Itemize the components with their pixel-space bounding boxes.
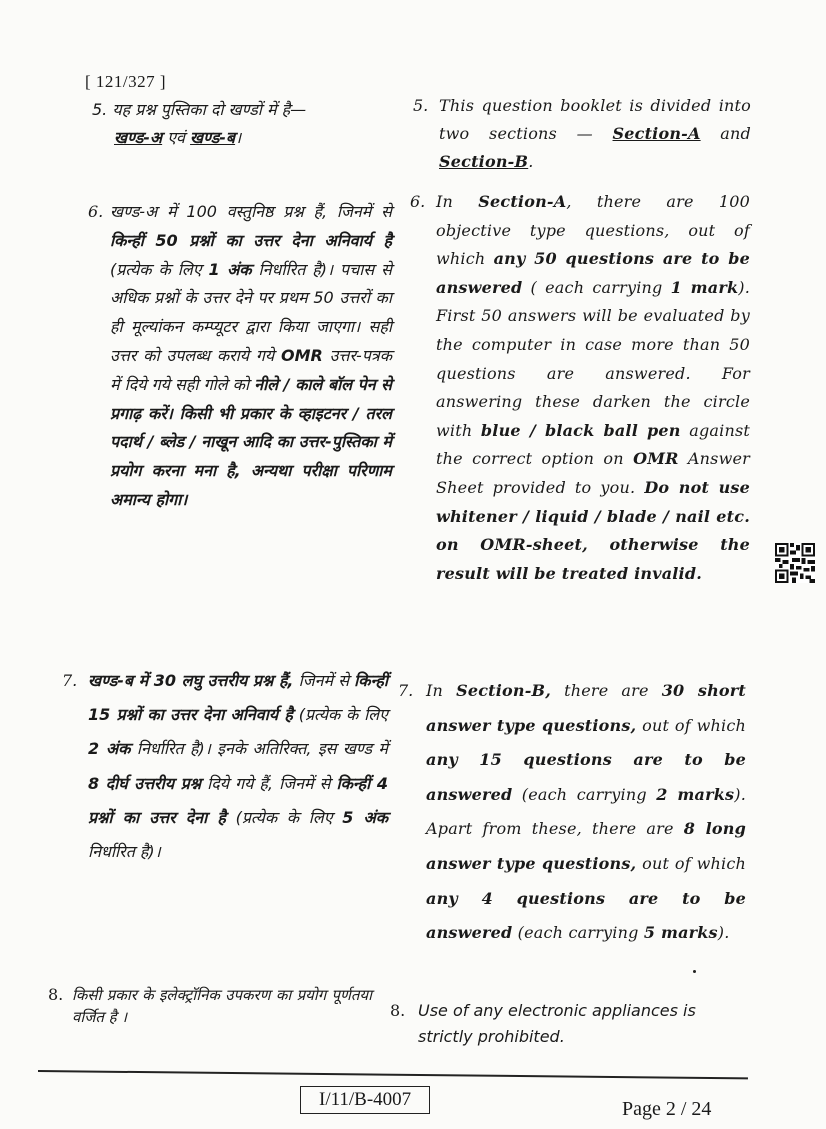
booklet-code: I/11/B-4007 — [300, 1086, 430, 1114]
instruction-5-english: 5. This question booklet is divided into… — [413, 92, 753, 176]
page-number: Page 2 / 24 — [622, 1098, 711, 1121]
item-number: 7. — [398, 674, 413, 709]
item-number: 5. — [92, 100, 107, 119]
section-b-label: खण्ड-ब — [190, 128, 235, 147]
item-number: 5. — [413, 92, 428, 120]
section-a-label: खण्ड-अ — [114, 128, 162, 147]
page-reference: [ 121/327 ] — [85, 72, 166, 92]
instruction-6-english: 6. In Section-A, there are 100 objective… — [410, 188, 755, 588]
instruction-7-hindi: 7. खण्ड-ब में 30 लघु उत्तरीय प्रश्न हैं,… — [62, 664, 392, 869]
footer-rule — [38, 1070, 748, 1079]
instruction-6-hindi: 6. खण्ड-अ में 100 वस्तुनिष्ठ प्रश्न हैं,… — [88, 198, 393, 515]
item-number: 6. — [88, 198, 103, 227]
instruction-7-english: 7. In Section-B, there are 30 short answ… — [398, 674, 753, 951]
instruction-8-hindi: 8. किसी प्रकार के इलेक्ट्रॉनिक उपकरण का … — [48, 984, 378, 1028]
item-number: 7. — [62, 664, 77, 698]
item-number: 8. — [48, 984, 63, 1006]
instruction-5-hindi: 5. यह प्रश्न पुस्तिका दो खण्डों में है— … — [92, 96, 402, 152]
section-b-label: Section-B — [439, 152, 528, 171]
qr-code-icon — [775, 543, 815, 583]
section-a-label: Section-A — [613, 124, 701, 143]
instruction-8-english: 8. Use of any electronic appliances is s… — [390, 998, 760, 1050]
item-number: 6. — [410, 188, 425, 217]
stray-mark — [693, 970, 696, 973]
item-number: 8. — [390, 998, 405, 1024]
